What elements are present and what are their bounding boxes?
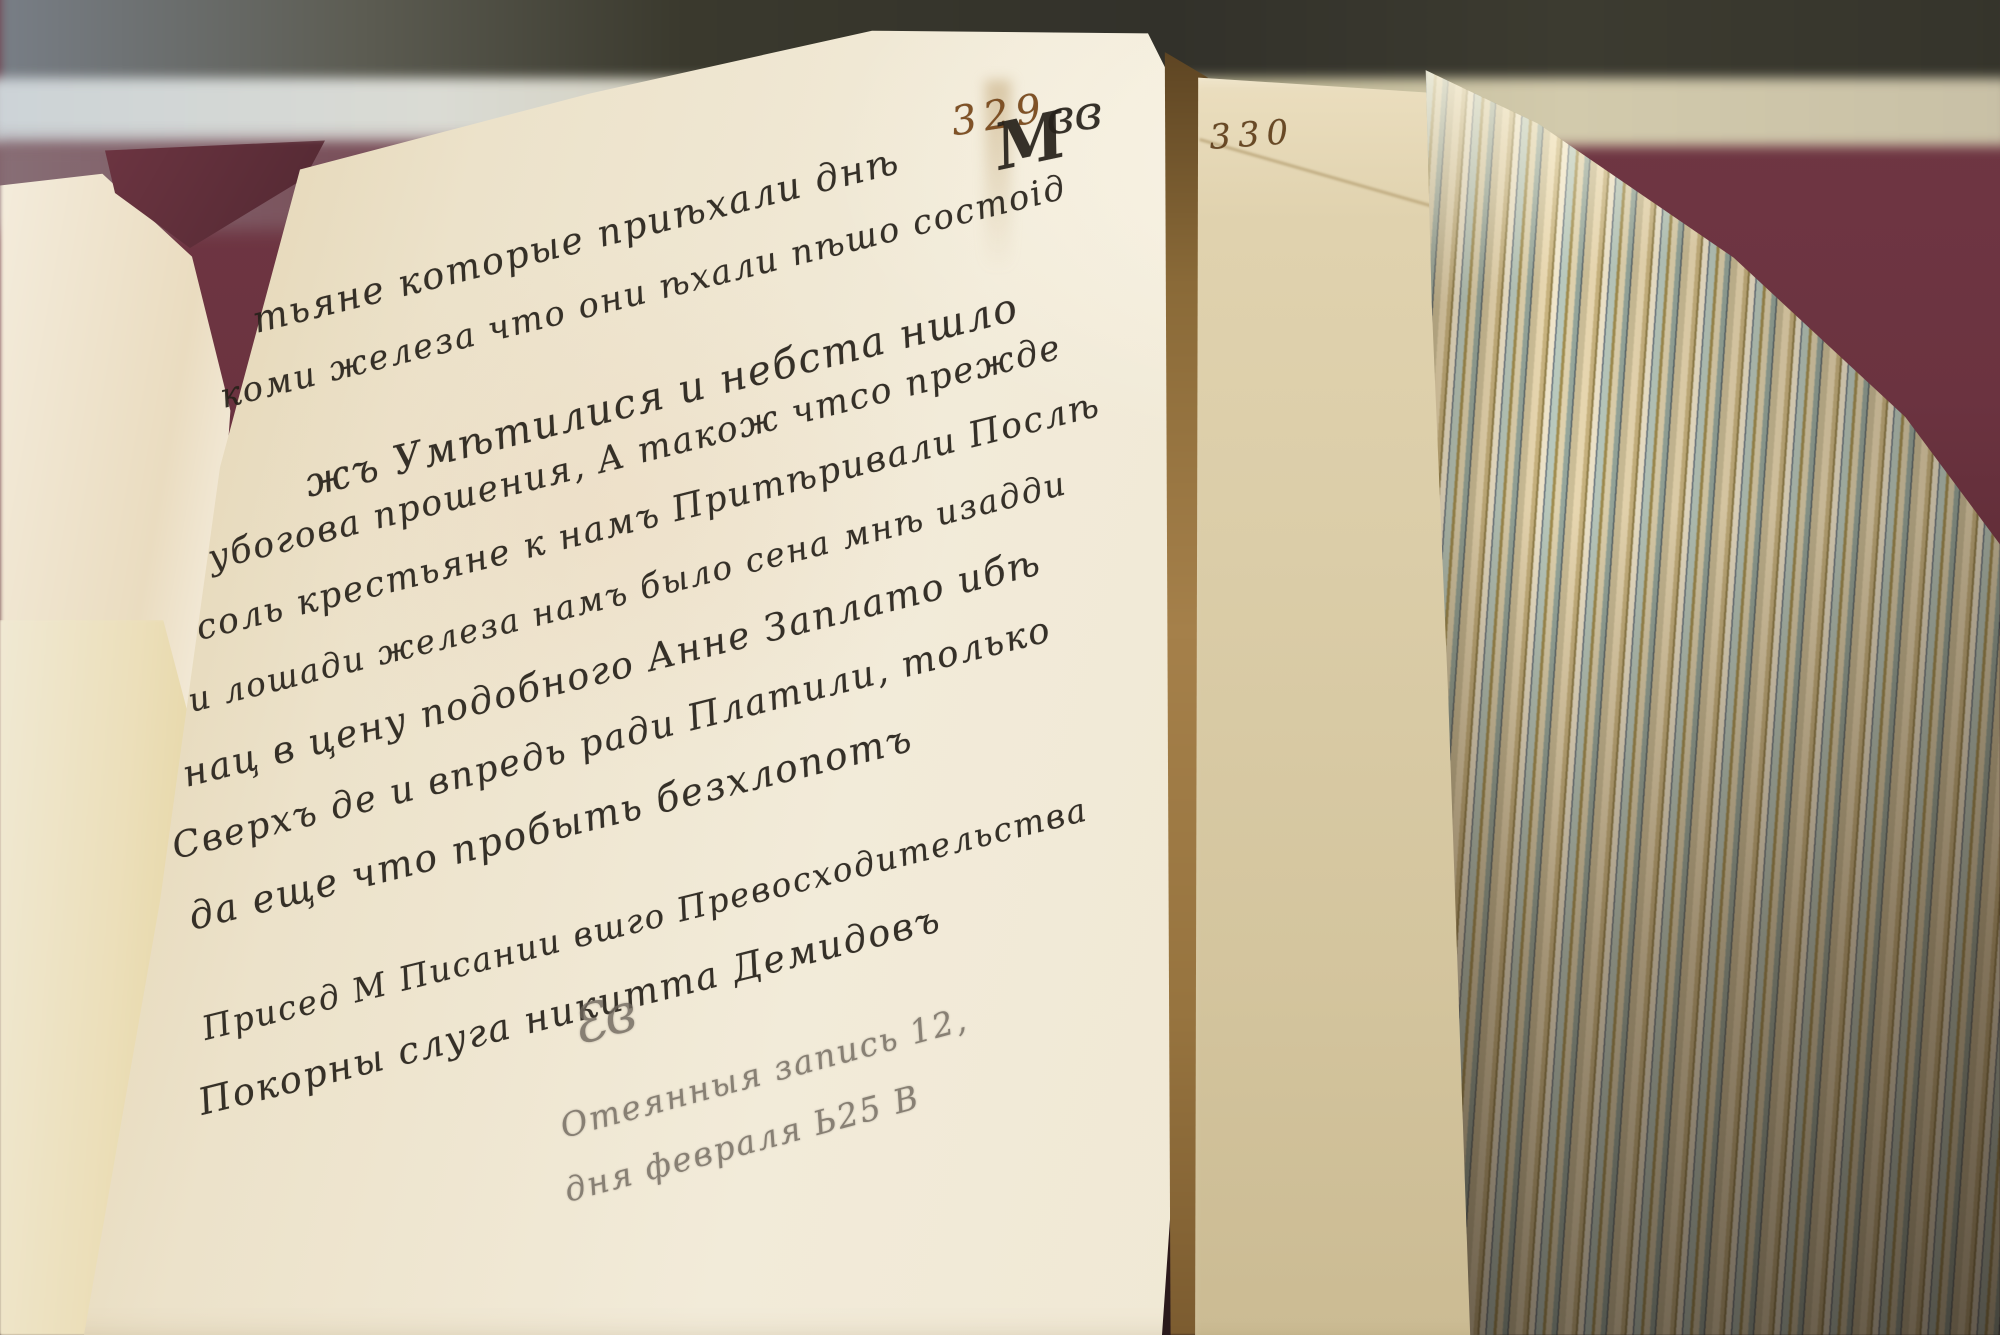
folio-number-330: 330 (1208, 112, 1296, 158)
museum-manuscript-photo: 329 ɞɞ М 330 тьяне которые приѣхали днѣ … (0, 0, 2000, 1335)
